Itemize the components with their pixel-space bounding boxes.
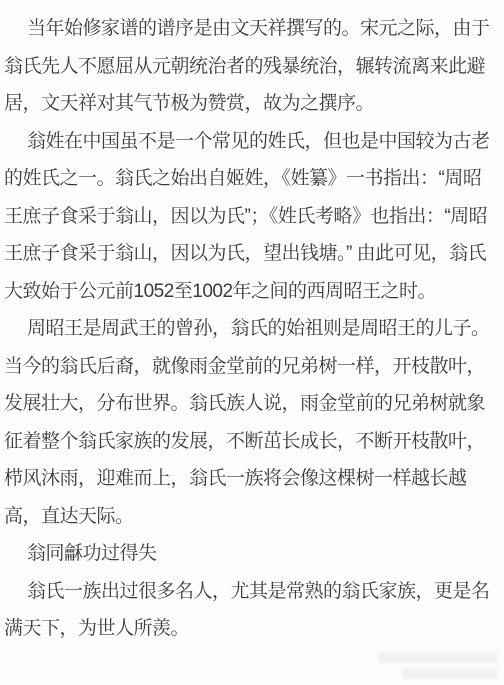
paragraph-family-tree: 周昭王是周武王的曾孙，翁氏的始祖则是周昭王的儿子。当今的翁氏后裔，就像雨金堂前的…: [4, 310, 494, 535]
watermark-line: [378, 652, 498, 663]
article-page: 当年始修家谱的谱序是由文天祥撰写的。宋元之际，由于翁氏先人不愿屈从元朝统治者的残…: [0, 0, 504, 685]
watermark: [378, 647, 498, 679]
section-heading-weng-tonghe: 翁同龢功过得失: [4, 535, 494, 573]
paragraph-famous-people: 翁氏一族出过很多名人，尤其是常熟的翁氏家族，更是名满天下，为世人所羡。: [4, 573, 494, 648]
paragraph-genealogy-preface: 当年始修家谱的谱序是由文天祥撰写的。宋元之际，由于翁氏先人不愿屈从元朝统治者的残…: [4, 10, 494, 123]
watermark-line: [402, 668, 498, 679]
paragraph-surname-origin: 翁姓在中国虽不是一个常见的姓氏，但也是中国较为古老的姓氏之一。翁氏之始出自姬姓，…: [4, 123, 494, 311]
